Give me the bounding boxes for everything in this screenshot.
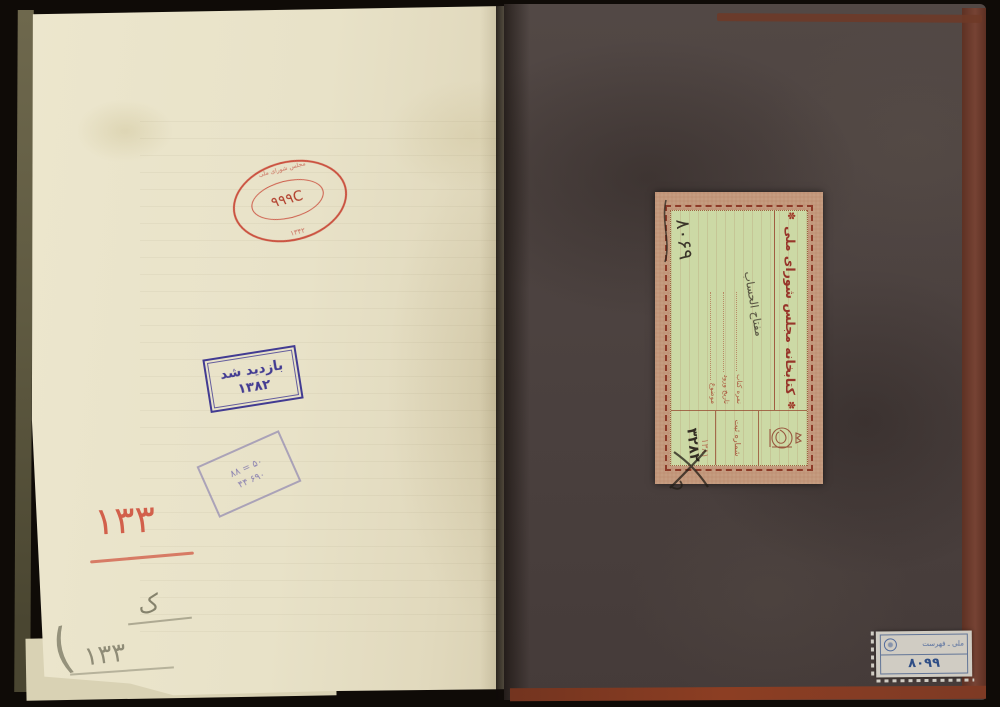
label-main-area: ✽ کتابخانه مجلس شورای ملی ✽ مفتاح الحساب…: [671, 211, 807, 410]
lion-and-sun-emblem: [758, 411, 807, 465]
label-fields: نمره کتاب تاریخ ورود موضوع: [709, 292, 743, 404]
national-library-emblem-icon: [884, 638, 897, 651]
label-title: کتابخانه مجلس شورای ملی: [784, 226, 799, 395]
field-row: تاریخ ورود: [722, 292, 730, 404]
dotted-leader: [710, 292, 712, 380]
sticker-perforation-left: [871, 632, 874, 678]
cover-leather-top-edge: [717, 13, 982, 23]
label-content: مفتاح الحساب نمره کتاب تاریخ ورود موضوع: [671, 211, 774, 410]
dotted-leader: [736, 292, 738, 371]
field-label: تاریخ ورود: [722, 375, 730, 404]
handwritten-call-number: ۸۰۶۹: [671, 218, 696, 261]
pencil-letter: ک: [136, 588, 162, 619]
flyleaf-page: مجلس شورای ملی ۹۹۹C ۱۳۴۲ بازدید شد ۱۳۸۲ …: [30, 6, 508, 696]
oval-stamp-inner-ellipse: ۹۹۹C: [247, 172, 328, 227]
label-sidebar: شماره ثبت ۱۳۸۱ ۳۲۸۲: [671, 410, 807, 465]
catalog-sticker: ملی ـ فهرست ۸۰۹۹: [876, 630, 972, 677]
label-green-panel: شماره ثبت ۱۳۸۱ ۳۲۸۲ ✽ کتابخانه مجلس شورا…: [670, 210, 808, 466]
cover-gutter-shadow: [496, 4, 530, 700]
field-row: موضوع: [709, 292, 717, 404]
library-label-rotated: شماره ثبت ۱۳۸۱ ۳۲۸۲ ✽ کتابخانه مجلس شورا…: [655, 192, 823, 484]
label-title-row: ✽ کتابخانه مجلس شورای ملی ✽: [774, 211, 807, 410]
cover-leather-right-edge: [962, 8, 986, 692]
sticker-script-text: ملی ـ فهرست: [922, 640, 964, 648]
sticker-top-row: ملی ـ فهرست: [881, 635, 967, 655]
pencil-number: ۱۳۳: [82, 638, 127, 673]
lion-and-sun-icon: [762, 423, 804, 453]
field-label: نمره کتاب: [735, 374, 743, 404]
register-number: ۳۲۸۲: [683, 427, 702, 463]
red-handwritten-number: ۱۳۳: [93, 496, 156, 543]
oval-stamp-number: ۹۹۹C: [269, 188, 305, 212]
rosette-icon: ✽: [786, 401, 797, 409]
dotted-leader: [723, 292, 725, 372]
cover-leather-bottom-edge: [510, 686, 986, 701]
scanned-book-spread: مجلس شورای ملی ۹۹۹C ۱۳۴۲ بازدید شد ۱۳۸۲ …: [0, 0, 1000, 707]
handwritten-note: مفتاح الحساب: [741, 270, 765, 337]
sticker-number: ۸۰۹۹: [881, 654, 967, 673]
label-decorative-frame: شماره ثبت ۱۳۸۱ ۳۲۸۲ ✽ کتابخانه مجلس شورا…: [665, 205, 813, 471]
sticker-inner-box: ملی ـ فهرست ۸۰۹۹: [880, 634, 968, 675]
page-edge-stack: [14, 10, 34, 692]
rosette-icon: ✽: [786, 212, 797, 220]
library-label: شماره ثبت ۱۳۸۱ ۳۲۸۲ ✽ کتابخانه مجلس شورا…: [655, 192, 823, 484]
field-row: نمره کتاب: [735, 292, 743, 404]
register-cell: ۱۳۸۱ ۳۲۸۲: [671, 411, 715, 465]
visit-stamp-line1: بازدید شد: [219, 357, 284, 384]
visit-stamp-line2: ۱۳۸۲: [237, 376, 272, 398]
pencil-paren-mark: (: [47, 621, 77, 678]
register-label: شماره ثبت: [715, 411, 757, 465]
field-label: موضوع: [709, 383, 717, 404]
